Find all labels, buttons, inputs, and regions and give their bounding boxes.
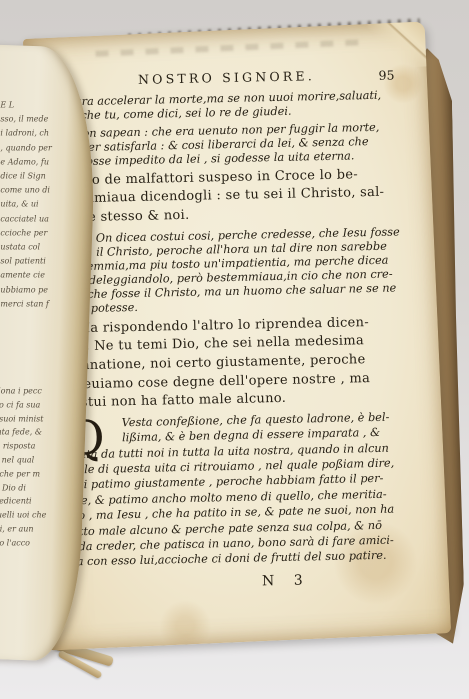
paragraph: Non sapean : che era uenuto non per fugg… (60, 120, 397, 169)
text-fragment: ati, er aun (0, 522, 78, 536)
text-fragment: E L (0, 98, 86, 112)
running-header: NOSTRO SIGNORE. 95 (58, 67, 394, 89)
text-fragment: amente cie (0, 269, 86, 283)
facing-page-text-fragments: E Lsso, il medei ladroni, ch, quando per… (0, 98, 86, 354)
book-photograph: NOSTRO SIGNORE. 95 ti fara accelerar la … (0, 0, 469, 699)
text-fragment: sol patienti (0, 255, 86, 269)
paragraph-lines: Vesta confeßione, che fa questo ladrone,… (66, 409, 405, 570)
paragraph: Vno de malfattori suspeso in Croce lo be… (60, 165, 397, 228)
text-fragment: ra risposta (0, 440, 78, 454)
facing-page-text-fragments: rdona i peccsto ci fa suao suoi ministan… (0, 384, 78, 566)
paragraph-lines: On dicea costui cosi, perche credesse, c… (62, 226, 400, 316)
text-fragment: mo l'acco (0, 536, 78, 550)
text-fragment: sto ci fa sua (0, 398, 78, 412)
text-fragment: di Dio di (0, 481, 78, 495)
text-fragment: come uno di (0, 184, 86, 198)
text-fragment: quelli uoi che (0, 509, 78, 523)
text-fragment: merci stan f (0, 297, 86, 311)
text-fragment: ccioche per (0, 226, 86, 240)
paragraph: Q Vesta confeßione, che fa questo ladron… (66, 409, 405, 570)
text-fragment: e Adamo, fu (0, 155, 86, 169)
text-fragment: sso, il mede (0, 113, 86, 127)
text-fragment: o suoi minist (0, 412, 78, 426)
text-fragment: i, che per m (0, 467, 78, 481)
text-fragment: , quando per (0, 141, 86, 155)
text-fragment: io nel qual (0, 453, 78, 467)
text-fragment: dice il Sign (0, 170, 86, 184)
text-fragment: uita, & ui (0, 198, 86, 212)
text-fragment: ubbiamo pe (0, 283, 86, 297)
page-header-title: NOSTRO SIGNORE. (138, 68, 315, 87)
paragraph: ti fara accelerar la morte,ma se non uuo… (59, 88, 396, 123)
page-text: NOSTRO SIGNORE. 95 ti fara accelerar la … (58, 67, 405, 594)
text-fragment: rdona i pecc (0, 384, 78, 398)
page-corner-crease (367, 22, 427, 69)
text-fragment: cacciatel ua (0, 212, 86, 226)
page-number: 95 (378, 68, 394, 83)
show-through-text (95, 39, 365, 57)
text-fragment: aledicenti (0, 495, 78, 509)
text-fragment: ustata col (0, 241, 86, 255)
signature-mark: N 3 (69, 570, 405, 593)
text-fragment: i ladroni, ch (0, 127, 86, 141)
paragraph: Ma rispondendo l'altro lo riprendea dice… (64, 313, 402, 413)
text-fragment: anta fede, & (0, 426, 78, 440)
paragraph: N On dicea costui cosi, perche credesse,… (62, 226, 400, 316)
